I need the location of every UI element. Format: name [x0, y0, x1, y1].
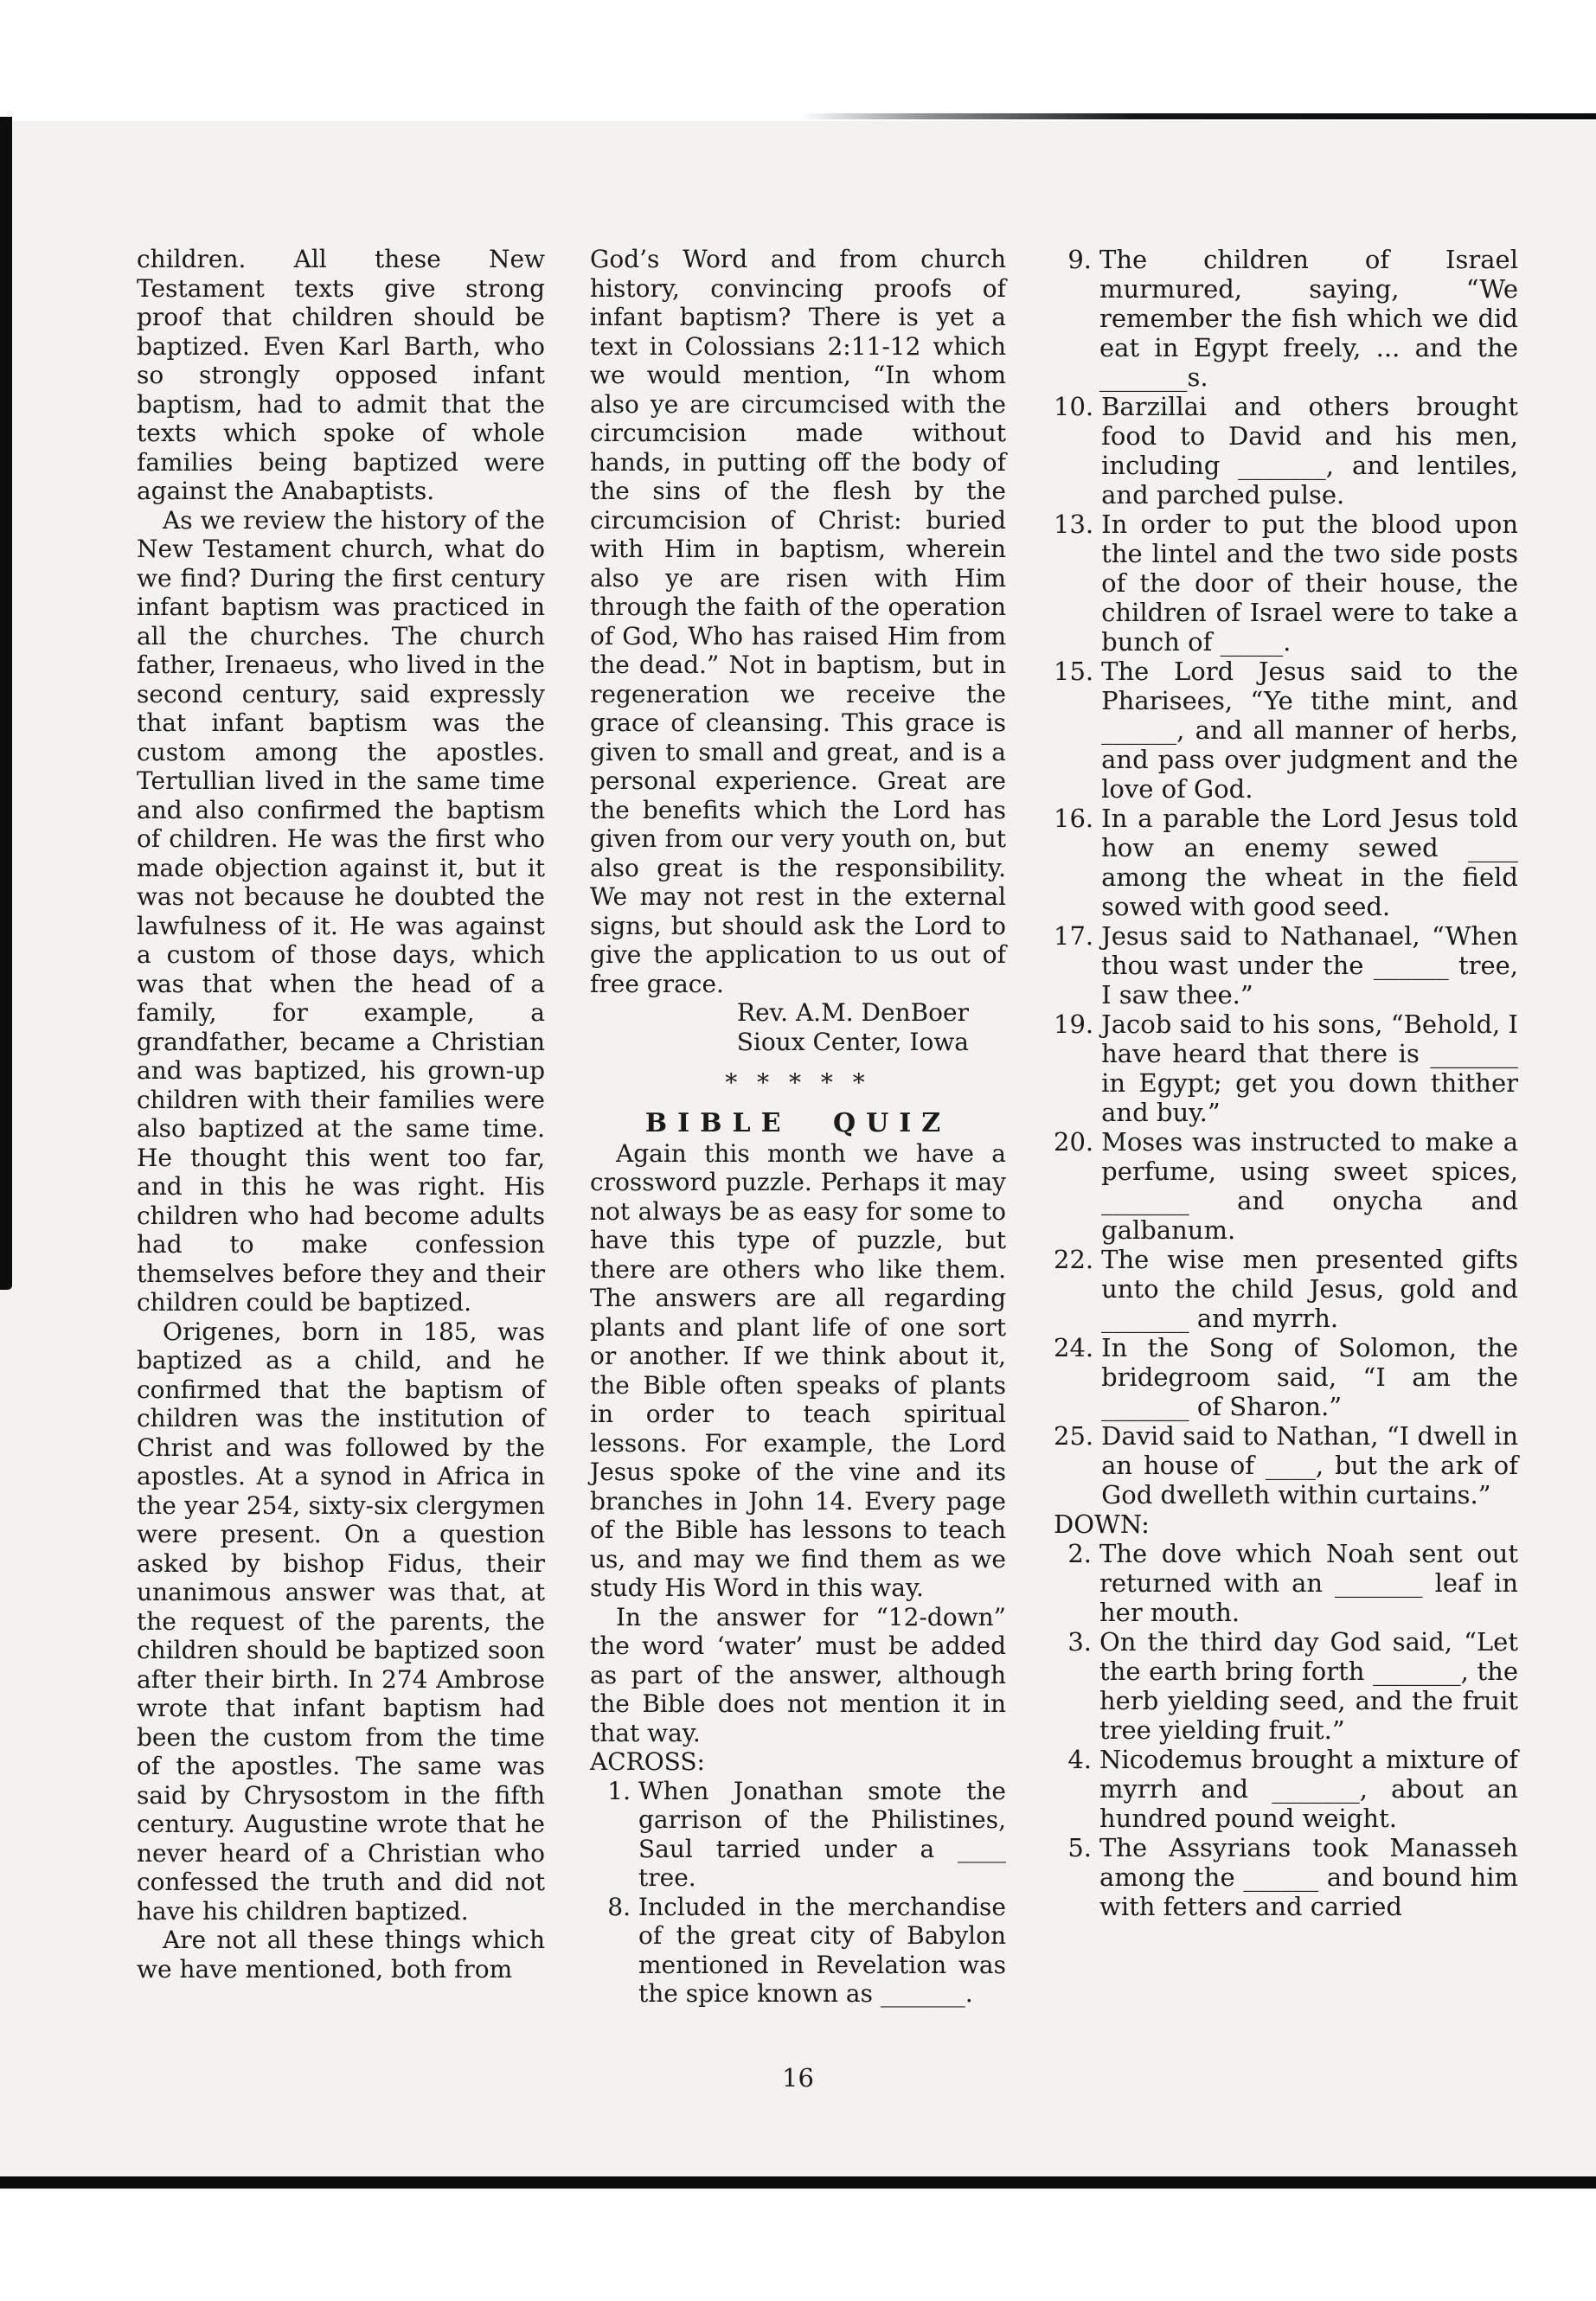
item-number: 4.	[1054, 1745, 1092, 1833]
body-paragraph: Origenes, born in 185, was baptized as a…	[137, 1317, 545, 1926]
item-text: In a parable the Lord Jesus told how an …	[1101, 804, 1518, 921]
item-number: 2.	[1054, 1539, 1092, 1627]
item-text: The Assyrians took Manasseh among the __…	[1099, 1833, 1518, 1921]
asterisk-divider: * * * * *	[590, 1068, 1006, 1098]
item-text: David said to Nathan, “I dwell in an hou…	[1101, 1421, 1518, 1509]
across-item: 22. The wise men presented gifts unto th…	[1054, 1245, 1518, 1333]
item-text: The Lord Jesus said to the Pharisees, “Y…	[1101, 657, 1518, 804]
column-2: God’s Word and from church history, conv…	[590, 245, 1006, 2009]
across-label: ACROSS:	[590, 1747, 1006, 1777]
scan-edge-line-top	[800, 113, 1596, 119]
item-text: When Jonathan smote the garrison of the …	[638, 1777, 1006, 1893]
item-number: 19.	[1054, 1009, 1093, 1127]
across-item: 10. Barzillai and others brought food to…	[1054, 392, 1518, 510]
item-number: 13.	[1054, 510, 1093, 657]
down-label: DOWN:	[1054, 1509, 1518, 1539]
item-number: 22.	[1054, 1245, 1093, 1333]
down-item: 4. Nicodemus brought a mixture of myrrh …	[1054, 1745, 1518, 1833]
down-item: 5. The Assyrians took Manasseh among the…	[1054, 1833, 1518, 1921]
across-item: 8. Included in the merchandise of the gr…	[590, 1893, 1006, 2009]
across-item: 17. Jesus said to Nathanael, “When thou …	[1054, 921, 1518, 1009]
item-text: Jesus said to Nathanael, “When thou wast…	[1101, 921, 1518, 1009]
signature-name: Rev. A.M. DenBoer	[590, 998, 1006, 1028]
bible-quiz-heading: BIBLE QUIZ	[590, 1108, 1006, 1139]
column-3: 9. The children of Israel murmured, sayi…	[1054, 245, 1518, 1921]
body-paragraph: As we review the history of the New Test…	[137, 506, 545, 1317]
item-text: The dove which Noah sent out returned wi…	[1099, 1539, 1518, 1627]
item-text: Nicodemus brought a mixture of myrrh and…	[1099, 1745, 1518, 1833]
item-number: 16.	[1054, 804, 1093, 921]
item-number: 17.	[1054, 921, 1093, 1009]
across-item: 1. When Jonathan smote the garrison of t…	[590, 1777, 1006, 1893]
item-text: Barzillai and others brought food to Dav…	[1101, 392, 1518, 510]
item-number: 10.	[1054, 392, 1093, 510]
column-1: children. All these New Testament texts …	[137, 245, 545, 1984]
body-paragraph: children. All these New Testament texts …	[137, 245, 545, 506]
page-number: 16	[0, 2064, 1596, 2093]
across-item: 15. The Lord Jesus said to the Pharisees…	[1054, 657, 1518, 804]
item-text: On the third day God said, “Let the eart…	[1099, 1627, 1518, 1745]
down-item: 2. The dove which Noah sent out returned…	[1054, 1539, 1518, 1627]
quiz-note-paragraph: In the answer for “12-down” the word ‘wa…	[590, 1603, 1006, 1748]
item-number: 25.	[1054, 1421, 1093, 1509]
item-number: 3.	[1054, 1627, 1092, 1745]
signature-place: Sioux Center, Iowa	[590, 1028, 1006, 1057]
item-text: Included in the merchandise of the great…	[638, 1893, 1006, 2009]
across-item: 20. Moses was instructed to make a perfu…	[1054, 1127, 1518, 1245]
across-item: 24. In the Song of Solomon, the bridegro…	[1054, 1333, 1518, 1421]
across-item: 19. Jacob said to his sons, “Behold, I h…	[1054, 1009, 1518, 1127]
body-paragraph: God’s Word and from church history, conv…	[590, 245, 1006, 998]
down-item: 3. On the third day God said, “Let the e…	[1054, 1627, 1518, 1745]
item-text: The wise men presented gifts unto the ch…	[1101, 1245, 1518, 1333]
body-paragraph: Are not all these things which we have m…	[137, 1926, 545, 1984]
scan-edge-bar-left	[0, 117, 12, 1290]
item-number: 15.	[1054, 657, 1093, 804]
item-number: 1.	[590, 1777, 631, 1893]
item-text: Jacob said to his sons, “Behold, I have …	[1101, 1009, 1518, 1127]
item-number: 24.	[1054, 1333, 1093, 1421]
item-text: The children of Israel murmured, saying,…	[1099, 245, 1518, 392]
item-number: 8.	[590, 1893, 631, 2009]
item-text: In order to put the blood upon the linte…	[1101, 510, 1518, 657]
across-item: 9. The children of Israel murmured, sayi…	[1054, 245, 1518, 392]
scan-edge-bar-bottom	[0, 2176, 1596, 2189]
across-item: 16. In a parable the Lord Jesus told how…	[1054, 804, 1518, 921]
item-number: 9.	[1054, 245, 1092, 392]
quiz-intro-paragraph: Again this month we have a crossword puz…	[590, 1139, 1006, 1603]
item-number: 20.	[1054, 1127, 1093, 1245]
across-item: 25. David said to Nathan, “I dwell in an…	[1054, 1421, 1518, 1509]
across-item: 13. In order to put the blood upon the l…	[1054, 510, 1518, 657]
item-text: Moses was instructed to make a perfume, …	[1101, 1127, 1518, 1245]
item-text: In the Song of Solomon, the bridegroom s…	[1101, 1333, 1518, 1421]
item-number: 5.	[1054, 1833, 1092, 1921]
